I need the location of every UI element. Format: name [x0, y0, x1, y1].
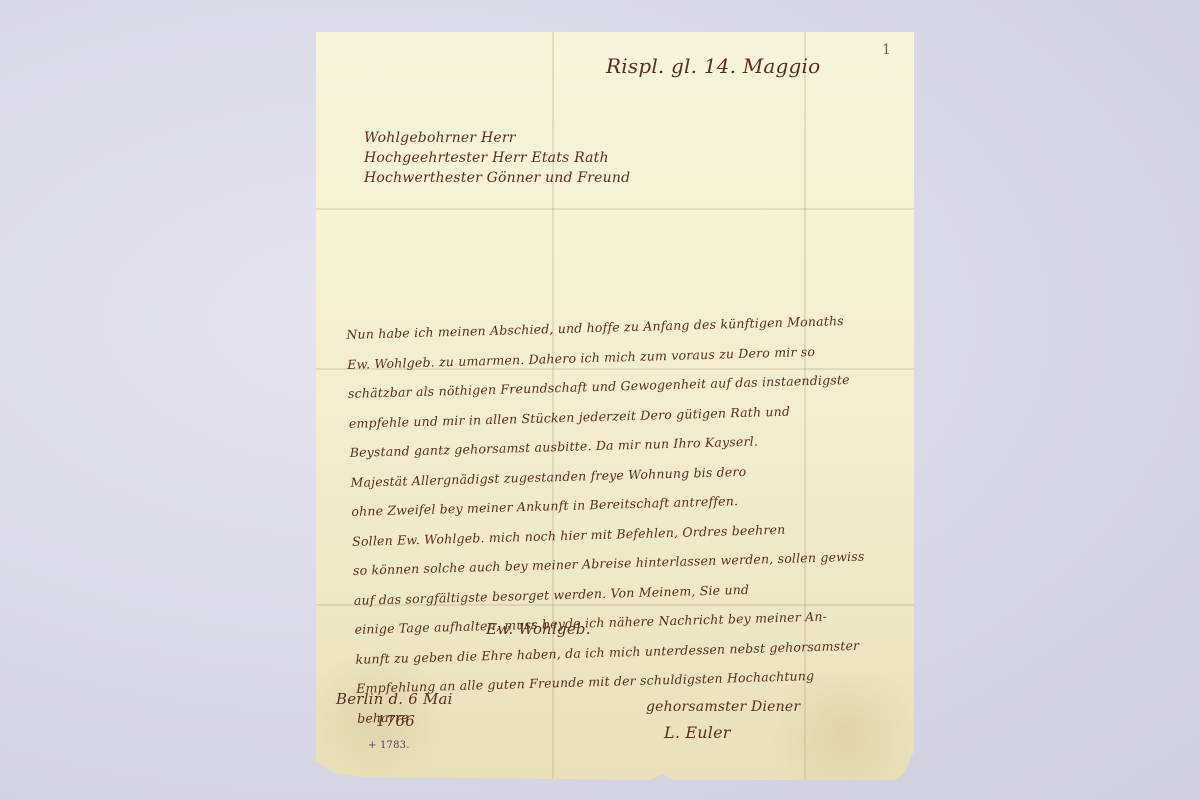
- signature-name: L. Euler: [646, 720, 800, 746]
- closing-formula: Ew. Wohlgeb.: [486, 620, 591, 638]
- fold-line: [316, 208, 914, 210]
- salutation: Wohlgebohrner Herr Hochgeehrtester Herr …: [364, 128, 630, 188]
- signature-block: gehorsamster Diener L. Euler: [646, 694, 800, 746]
- page-number: 1: [882, 42, 891, 58]
- salutation-line: Hochwerthester Gönner und Freund: [364, 168, 630, 188]
- signature-servant: gehorsamster Diener: [646, 694, 800, 720]
- letter-paper: Rispl. gl. 14. Maggio 1 Wohlgebohrner He…: [316, 32, 914, 780]
- place-date: Berlin d. 6 Mai 1766: [336, 688, 453, 732]
- archive-note: + 1783.: [368, 740, 410, 751]
- place-date-line: Berlin d. 6 Mai: [336, 688, 453, 710]
- letter-body: Nun habe ich meinen Abschied, und hoffe …: [346, 306, 869, 733]
- salutation-line: Hochgeehrtester Herr Etats Rath: [364, 148, 630, 168]
- dateline: Rispl. gl. 14. Maggio: [606, 54, 820, 78]
- salutation-line: Wohlgebohrner Herr: [364, 128, 630, 148]
- place-date-line: 1766: [336, 710, 453, 732]
